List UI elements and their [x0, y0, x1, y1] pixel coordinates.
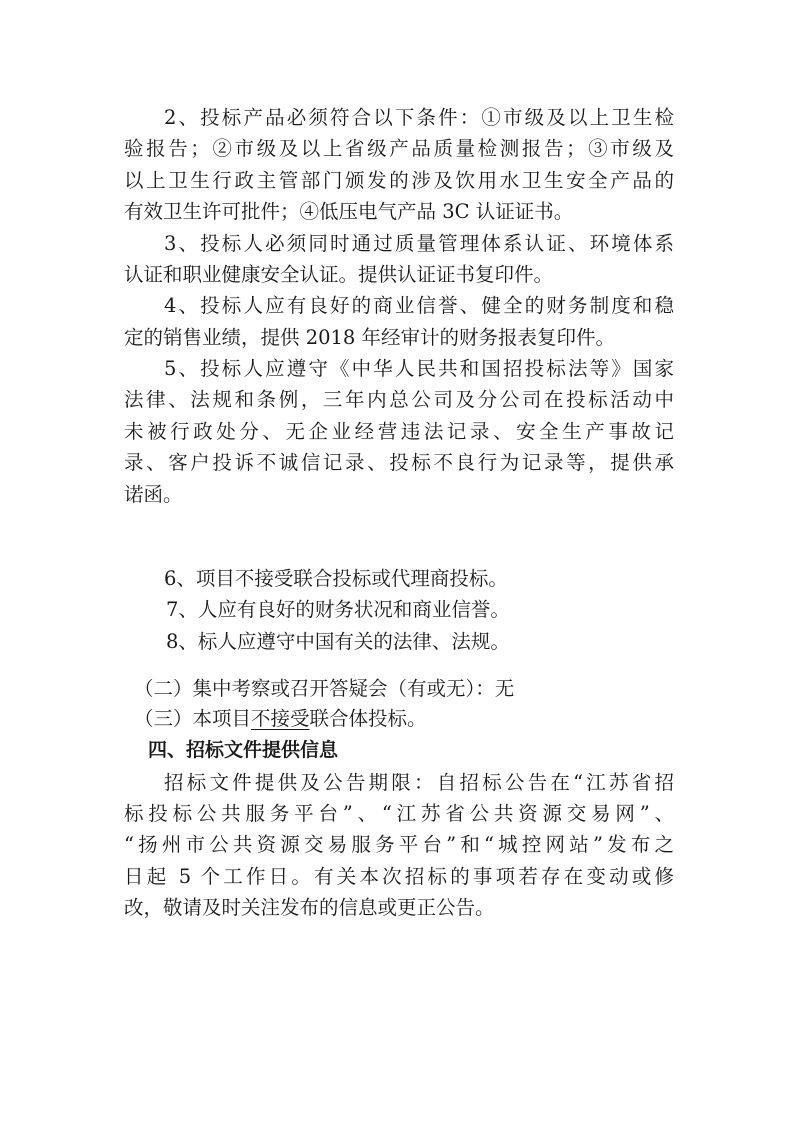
item-5-line-3: 未被行政处分、无企业经营违法记录、安全生产事故记 [124, 416, 674, 447]
section-4-line-3: “扬州市公共资源交易服务平台”和“城控网站”发布之 [124, 829, 674, 860]
section-4-line-5: 改，敬请及时关注发布的信息或更正公告。 [124, 892, 495, 923]
item-2-line-2: 验报告；②市级及以上省级产品质量检测报告；③市级及 [124, 133, 674, 164]
section-2-consultation: （二）集中考察或召开答疑会（有或无）：无 [134, 673, 514, 704]
item-2-line-1: 2、投标产品必须符合以下条件：①市级及以上卫生检 [164, 102, 674, 133]
item-5-line-1: 5、投标人应遵守《中华人民共和国招投标法等》国家 [164, 353, 674, 384]
section-4-heading: 四、招标文件提供信息 [148, 735, 338, 766]
item-5-line-2: 法律、法规和条例，三年内总公司及分公司在投标活动中 [124, 384, 674, 415]
section-3-joint-bidding: （三）本项目不接受联合体投标。 [134, 703, 427, 734]
section-3-prefix: （三）本项目 [134, 707, 251, 730]
item-7: 7、人应有良好的财务状况和商业信誉。 [166, 594, 510, 625]
section-3-underlined: 不接受 [251, 707, 310, 730]
section-3-suffix: 联合体投标。 [310, 707, 427, 730]
item-4-line-2: 定的销售业绩，提供 2018 年经审计的财务报表复印件。 [124, 322, 615, 353]
item-2-line-4: 有效卫生许可批件；④低压电气产品 3C 认证证书。 [124, 196, 573, 227]
item-5-line-4: 录、客户投诉不诚信记录、投标不良行为记录等，提供承 [124, 447, 674, 478]
section-4-line-4: 日起 5 个工作日。有关本次招标的事项若存在变动或修 [124, 861, 674, 892]
item-3-line-2: 认证和职业健康安全认证。提供认证证书复印件。 [124, 259, 553, 290]
item-8: 8、标人应遵守中国有关的法律、法规。 [166, 626, 510, 657]
section-4-line-1: 招标文件提供及公告期限：自招标公告在“江苏省招 [164, 767, 674, 798]
item-4-line-1: 4、投标人应有良好的商业信誉、健全的财务制度和稳 [164, 290, 674, 321]
section-4-line-2: 标投标公共服务平台”、“江苏省公共资源交易网”、 [124, 798, 674, 829]
item-3-line-1: 3、投标人必须同时通过质量管理体系认证、环境体系 [164, 228, 674, 259]
item-5-line-5: 诺函。 [124, 479, 183, 510]
item-6: 6、项目不接受联合投标或代理商投标。 [164, 563, 508, 594]
item-2-line-3: 以上卫生行政主管部门颁发的涉及饮用水卫生安全产品的 [124, 165, 674, 196]
